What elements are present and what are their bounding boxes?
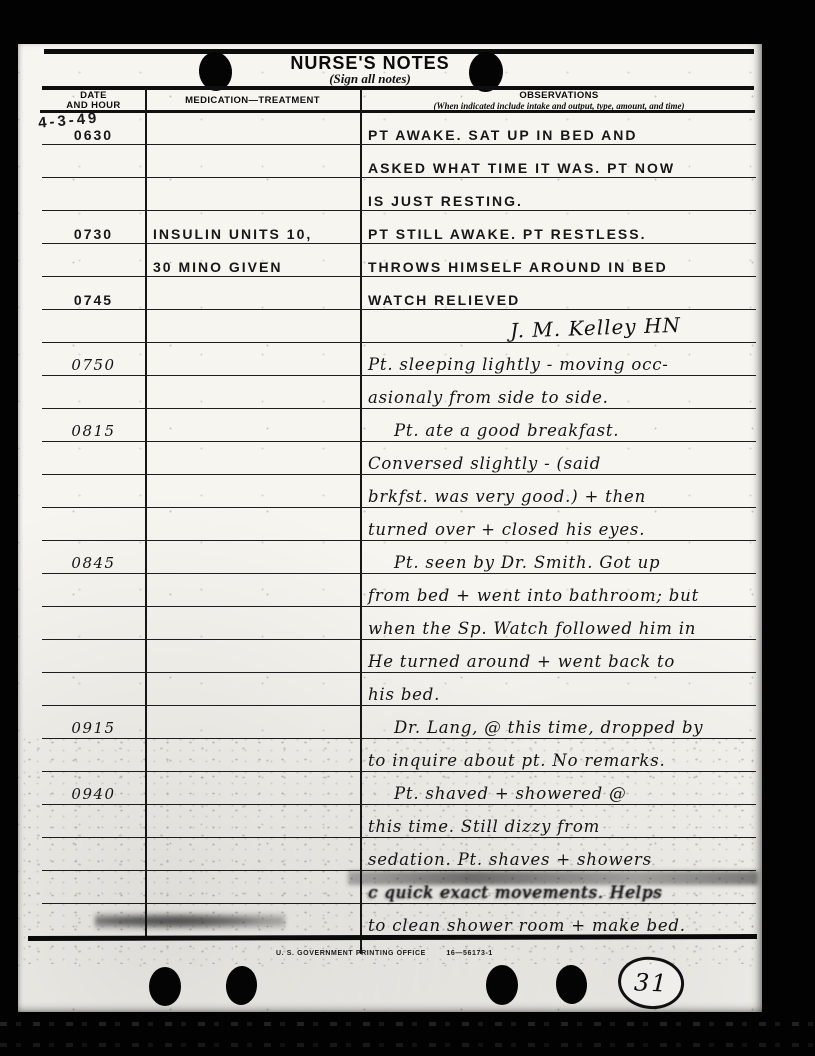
medication-cell xyxy=(145,178,360,210)
medication-cell xyxy=(145,277,360,309)
medication-cell xyxy=(145,805,360,837)
medication-cell xyxy=(145,343,360,375)
medication-cell xyxy=(145,541,360,573)
observation-cell: He turned around + went back to xyxy=(360,640,756,672)
observation-cell: Pt. shaved + showered @ xyxy=(360,772,756,804)
date-hour-cell xyxy=(42,673,145,705)
observation-cell: c quick exact movements. Helps xyxy=(360,871,756,903)
observation-cell: asionaly from side to side. xyxy=(360,376,756,408)
date-hour-cell xyxy=(42,739,145,771)
table-row: c quick exact movements. Helps xyxy=(42,871,756,904)
date-hour-cell xyxy=(42,475,145,507)
table-row: IS JUST RESTING. xyxy=(42,178,756,211)
table-row: J. M. Kelley HN xyxy=(42,310,756,343)
table-row: asionaly from side to side. xyxy=(42,376,756,409)
table-row: his bed. xyxy=(42,673,756,706)
observation-cell: brkfst. was very good.) + then xyxy=(360,475,756,507)
date-hour-cell xyxy=(42,376,145,408)
punch-hole-icon xyxy=(149,967,181,1006)
scanned-nurses-notes-page: NURSE'S NOTES (Sign all notes) DATE AND … xyxy=(18,44,762,1012)
table-row: brkfst. was very good.) + then xyxy=(42,475,756,508)
medication-cell xyxy=(145,673,360,705)
imprint-code: 16—56173-1 xyxy=(446,950,492,957)
date-hour-cell xyxy=(42,178,145,210)
medication-cell xyxy=(145,310,360,342)
date-hour-cell xyxy=(42,244,145,276)
date-hour-cell xyxy=(42,871,145,903)
observation-cell: sedation. Pt. shaves + showers xyxy=(360,838,756,870)
date-hour-cell xyxy=(42,310,145,342)
punch-hole-icon xyxy=(555,964,589,1005)
date-hour-cell: 0845 xyxy=(42,541,145,573)
imprint-text: U. S. GOVERNMENT PRINTING OFFICE xyxy=(276,950,426,957)
table-row: sedation. Pt. shaves + showers xyxy=(42,838,756,871)
medication-cell: INSULIN UNITS 10, xyxy=(145,211,360,243)
observation-cell: when the Sp. Watch followed him in xyxy=(360,607,756,639)
column-header-medication: MEDICATION—TREATMENT xyxy=(145,91,360,106)
date-hour-cell: 0750 xyxy=(42,343,145,375)
observation-cell: turned over + closed his eyes. xyxy=(360,508,756,540)
table-row: 0750 Pt. sleeping lightly - moving occ- xyxy=(42,343,756,376)
observation-cell: this time. Still dizzy from xyxy=(360,805,756,837)
observation-cell: PT STILL AWAKE. PT RESTLESS. xyxy=(360,211,756,243)
observation-cell: Dr. Lang, @ this time, dropped by xyxy=(360,706,756,738)
table-row: Conversed slightly - (said xyxy=(42,442,756,475)
medication-cell xyxy=(145,409,360,441)
observation-cell: to inquire about pt. No remarks. xyxy=(360,739,756,771)
observation-cell: Conversed slightly - (said xyxy=(360,442,756,474)
table-row: 0745 WATCH RELIEVED xyxy=(42,277,756,310)
table-row: 0915 Dr. Lang, @ this time, dropped by xyxy=(42,706,756,739)
table-row: 0630 PT AWAKE. SAT UP IN BED AND xyxy=(42,112,756,145)
date-hour-cell: 0915 xyxy=(42,706,145,738)
table-bottom-rule xyxy=(28,934,757,941)
date-hour-cell xyxy=(42,838,145,870)
observation-cell: Pt. ate a good breakfast. xyxy=(360,409,756,441)
table-row: 0940 Pt. shaved + showered @ xyxy=(42,772,756,805)
observation-cell: from bed + went into bathroom; but xyxy=(360,574,756,606)
printing-office-imprint: U. S. GOVERNMENT PRINTING OFFICE 16—5617… xyxy=(276,950,493,957)
table-row: to inquire about pt. No remarks. xyxy=(42,739,756,772)
medication-cell xyxy=(145,508,360,540)
observation-cell: Pt. seen by Dr. Smith. Got up xyxy=(360,541,756,573)
medication-cell xyxy=(145,574,360,606)
date-hour-cell xyxy=(42,640,145,672)
medication-cell xyxy=(145,145,360,177)
medication-cell xyxy=(145,607,360,639)
page-number-badge: 31 xyxy=(615,953,688,1014)
date-hour-cell xyxy=(42,442,145,474)
medication-cell xyxy=(145,475,360,507)
date-hour-cell xyxy=(42,574,145,606)
punch-hole-icon xyxy=(486,965,518,1005)
table-row: 0815 Pt. ate a good breakfast. xyxy=(42,409,756,442)
table-row: this time. Still dizzy from xyxy=(42,805,756,838)
table-row: ASKED WHAT TIME IT WAS. PT NOW xyxy=(42,145,756,178)
medication-cell xyxy=(145,838,360,870)
page-subtitle: (Sign all notes) xyxy=(18,71,722,87)
observation-cell: his bed. xyxy=(360,673,756,705)
table-row: 0730 INSULIN UNITS 10, PT STILL AWAKE. P… xyxy=(42,211,756,244)
scanner-noise-line xyxy=(0,1022,815,1026)
punch-hole-icon xyxy=(225,965,259,1006)
column-header-observations: OBSERVATIONS (When indicated include int… xyxy=(360,91,758,111)
medication-cell xyxy=(145,376,360,408)
observation-cell: Pt. sleeping lightly - moving occ- xyxy=(360,343,756,375)
table-row: turned over + closed his eyes. xyxy=(42,508,756,541)
date-hour-cell: 0630 xyxy=(42,112,145,144)
table-row: 0845 Pt. seen by Dr. Smith. Got up xyxy=(42,541,756,574)
observation-cell: PT AWAKE. SAT UP IN BED AND xyxy=(360,112,756,144)
table-row: from bed + went into bathroom; but xyxy=(42,574,756,607)
date-hour-cell: 0815 xyxy=(42,409,145,441)
table-row: 30 MINO GIVEN THROWS HIMSELF AROUND IN B… xyxy=(42,244,756,277)
illegible-stamp xyxy=(95,910,285,932)
date-hour-cell: 0940 xyxy=(42,772,145,804)
medication-cell: 30 MINO GIVEN xyxy=(145,244,360,276)
medication-cell xyxy=(145,706,360,738)
observation-cell: ASKED WHAT TIME IT WAS. PT NOW xyxy=(360,145,756,177)
medication-cell xyxy=(145,640,360,672)
date-hour-cell xyxy=(42,508,145,540)
date-hour-cell xyxy=(42,805,145,837)
observation-cell: IS JUST RESTING. xyxy=(360,178,756,210)
date-hour-cell xyxy=(42,145,145,177)
scanner-noise-line xyxy=(0,1043,815,1047)
date-hour-cell: 0730 xyxy=(42,211,145,243)
medication-cell xyxy=(145,772,360,804)
date-hour-cell xyxy=(42,607,145,639)
notes-rows: 0630 PT AWAKE. SAT UP IN BED AND ASKED W… xyxy=(42,112,756,937)
medication-cell xyxy=(145,442,360,474)
observation-cell: to clean shower room + make bed. xyxy=(360,904,756,936)
table-row: He turned around + went back to xyxy=(42,640,756,673)
observation-cell: THROWS HIMSELF AROUND IN BED xyxy=(360,244,756,276)
header-divider xyxy=(42,86,754,90)
medication-cell xyxy=(145,112,360,144)
medication-cell xyxy=(145,871,360,903)
date-hour-cell: 0745 xyxy=(42,277,145,309)
medication-cell xyxy=(145,739,360,771)
page-number: 31 xyxy=(633,968,669,997)
table-row: when the Sp. Watch followed him in xyxy=(42,607,756,640)
